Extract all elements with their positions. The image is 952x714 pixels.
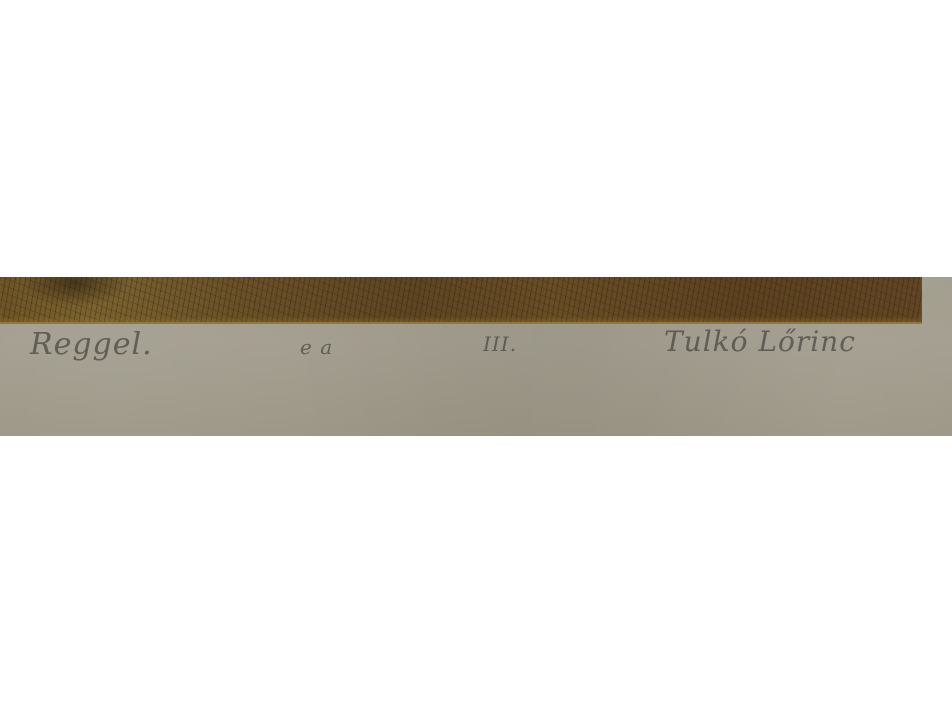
- pencil-edition-mark: e a: [300, 335, 333, 359]
- pencil-signature: Tulkó Lőrinc: [664, 325, 856, 358]
- pencil-title: Reggel.: [30, 327, 153, 362]
- print-photograph: Reggel. e a III. Tulkó Lőrinc: [0, 277, 952, 436]
- plate-shading: [20, 277, 130, 307]
- pencil-state-number: III.: [483, 332, 517, 356]
- etched-plate-area: [0, 277, 922, 324]
